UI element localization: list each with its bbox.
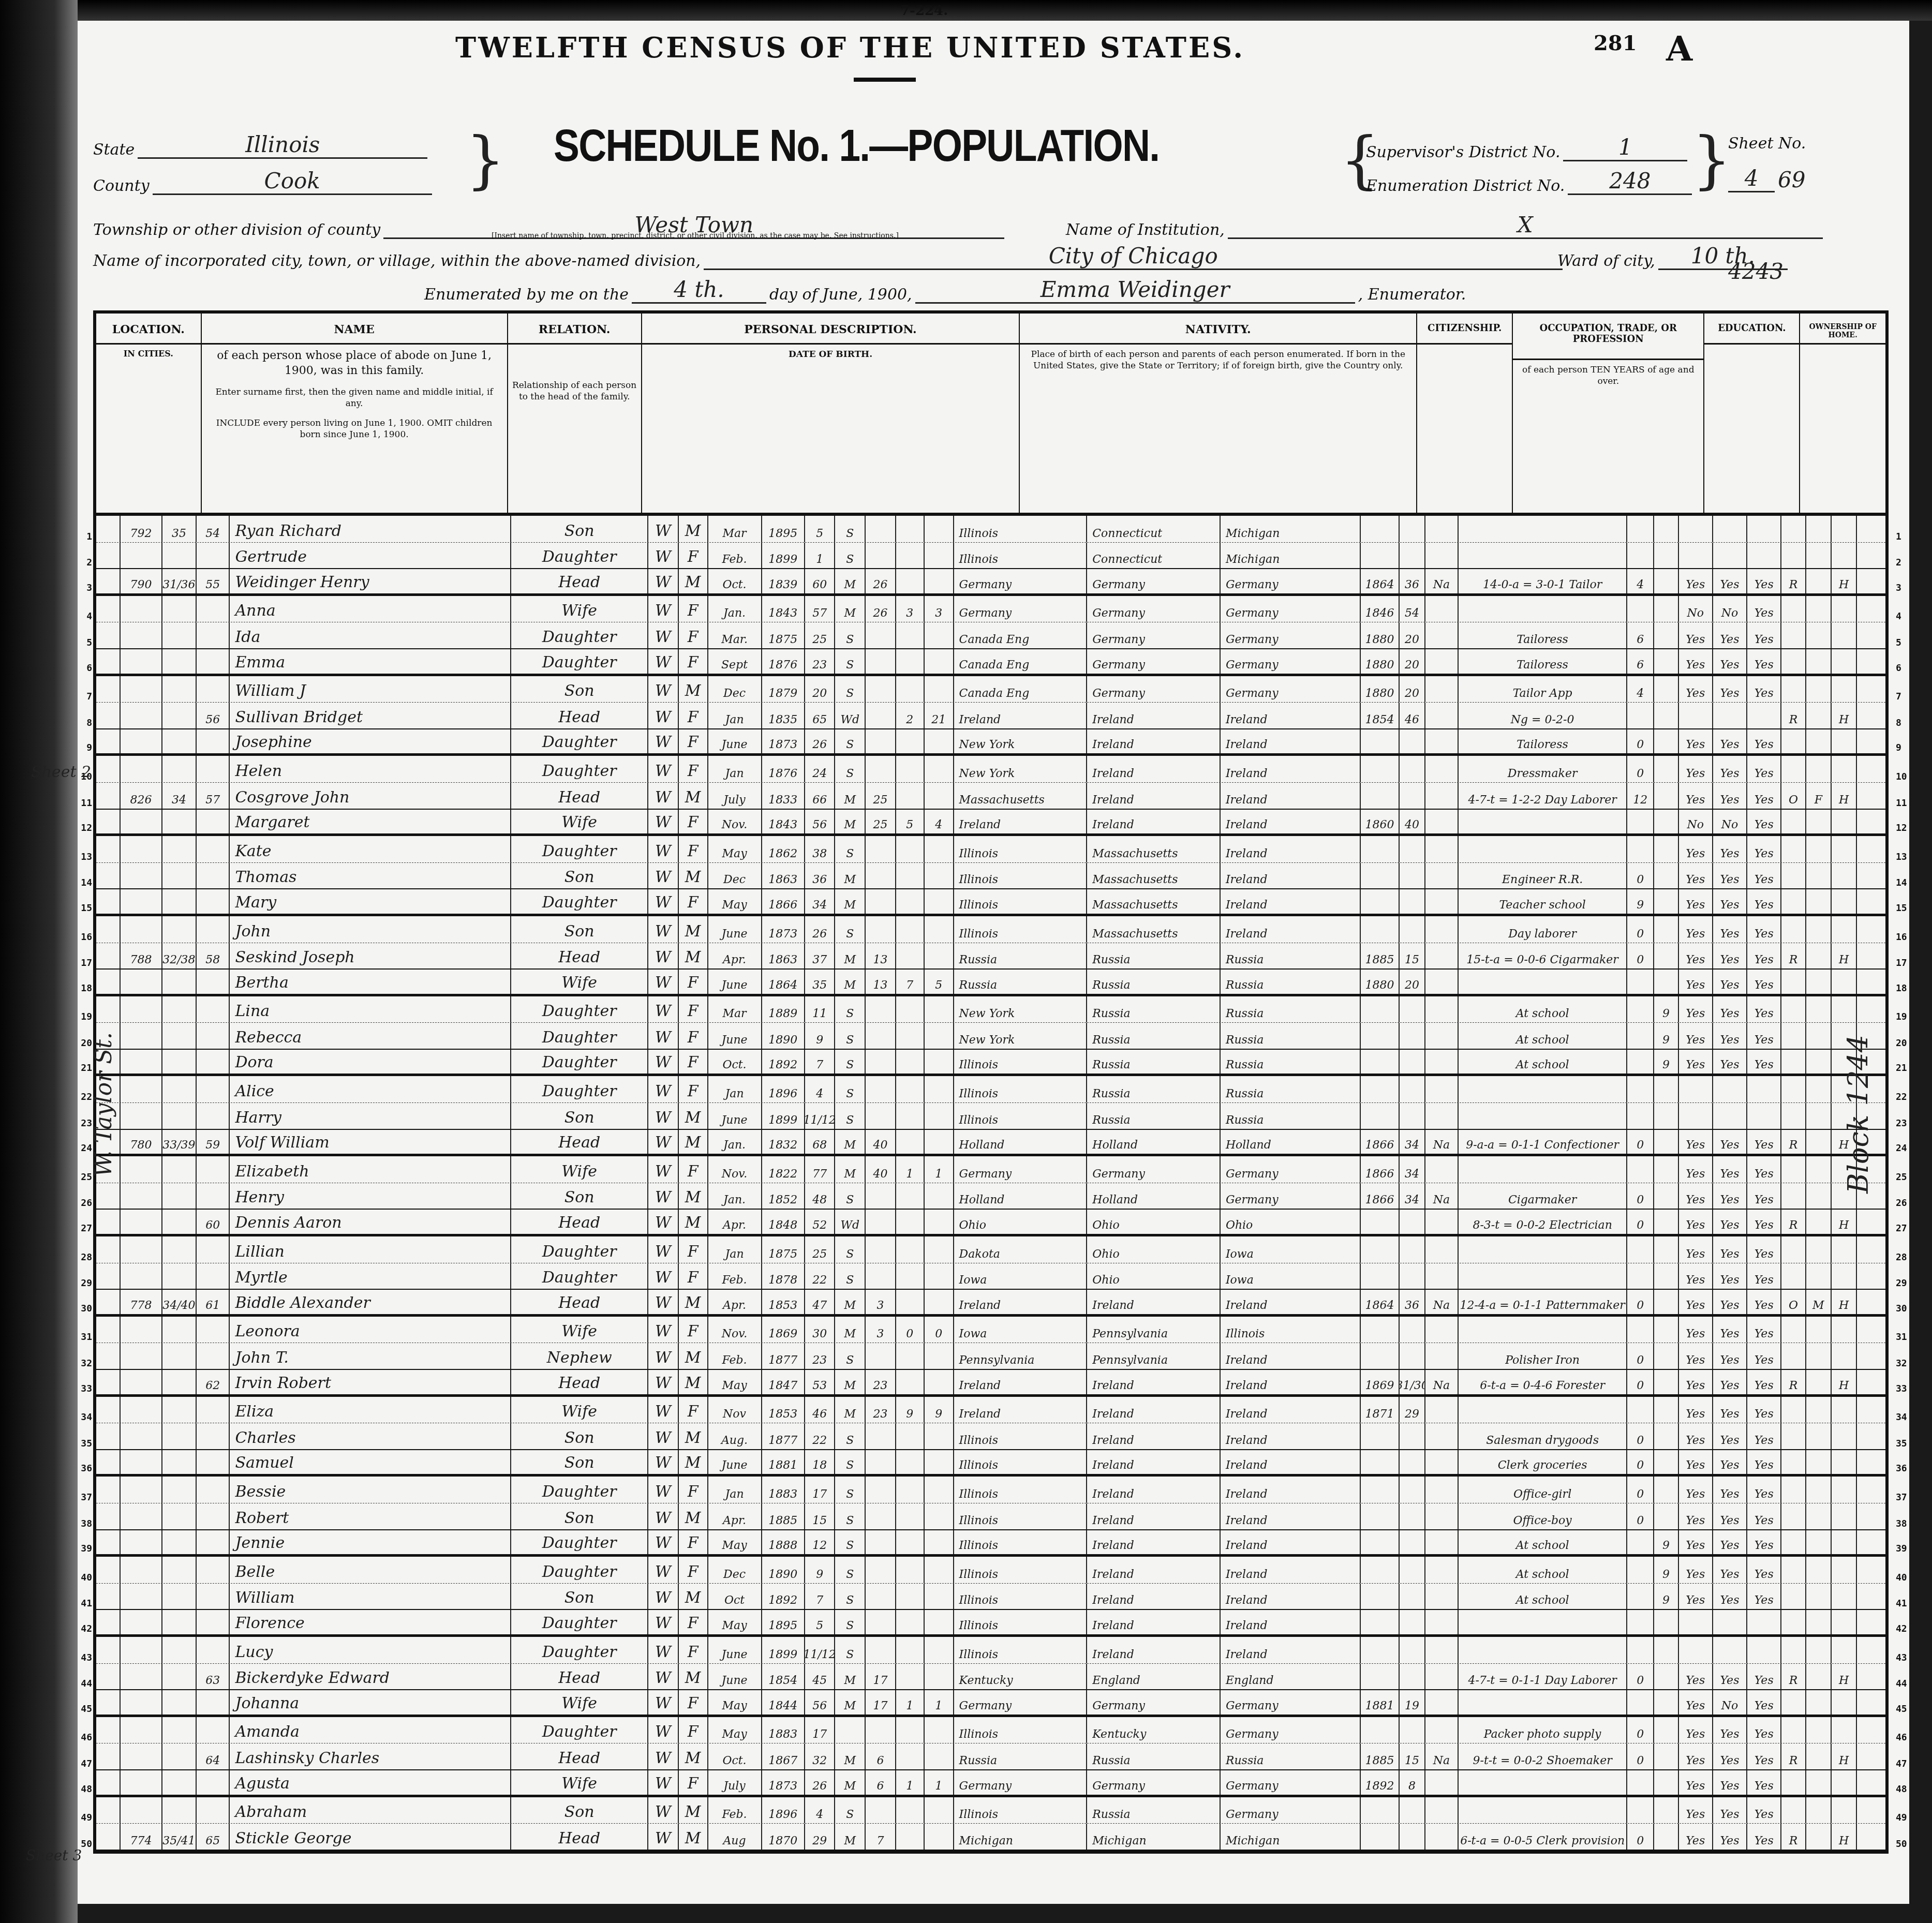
birthplace-person-cell: Russia <box>954 1743 1088 1769</box>
table-row: 3362Irvin RobertHeadWMMay184753M23Irelan… <box>96 1370 1885 1397</box>
school-months-cell <box>1654 1076 1678 1102</box>
birthplace-mother-cell: Germany <box>1221 596 1361 622</box>
years-married-cell <box>866 863 896 889</box>
family-number-cell <box>197 1503 230 1529</box>
street-cell <box>96 1637 121 1663</box>
sheet-no-value: 4 <box>1728 166 1775 192</box>
birthplace-mother-cell: Russia <box>1221 970 1361 994</box>
relation-cell: Daughter <box>511 1076 648 1102</box>
race-cell: W <box>648 836 679 862</box>
birth-month-cell: Feb. <box>708 1263 762 1289</box>
family-number-cell <box>197 1263 230 1289</box>
table-row: 16JohnSonWMJune187326SIllinoisMassachuse… <box>96 916 1885 943</box>
age-cell: 4 <box>805 1076 836 1102</box>
years-married-cell <box>866 1343 896 1369</box>
owned-free-mortgaged-cell <box>1806 676 1832 703</box>
enumerator-label: , Enumerator. <box>1358 286 1466 304</box>
marital-status-cell: S <box>835 622 866 648</box>
owned-free-mortgaged-cell <box>1806 1557 1832 1583</box>
years-married-cell <box>866 649 896 674</box>
years-married-cell <box>866 1263 896 1289</box>
school-months-cell <box>1654 1343 1678 1369</box>
birth-month-cell: Oct. <box>708 1050 762 1074</box>
street-cell <box>96 1610 121 1634</box>
marital-status-cell: S <box>835 836 866 862</box>
owned-rented-cell <box>1781 649 1806 674</box>
children-living-cell <box>925 1023 954 1049</box>
line-number-right: 15 <box>1896 903 1916 914</box>
family-number-cell <box>197 1477 230 1503</box>
naturalization-cell <box>1425 970 1459 994</box>
line-number-left: 9 <box>71 742 92 753</box>
school-months-cell <box>1654 676 1678 703</box>
table-row: 2GertrudeDaughterWFFeb.18991SIllinoisCon… <box>96 543 1885 570</box>
header-nativity-desc: Place of birth of each person and parent… <box>1020 345 1416 376</box>
relation-cell: Daughter <box>511 729 648 754</box>
line-number-left: 18 <box>71 983 92 994</box>
house-number-cell <box>121 889 162 914</box>
birthplace-mother-cell: Russia <box>1221 1103 1361 1129</box>
name-cell: Cosgrove John <box>230 783 511 809</box>
occupation-cell: At school <box>1459 1530 1627 1555</box>
farm-house-cell <box>1832 1770 1857 1795</box>
years-in-us-cell: 20 <box>1400 676 1425 703</box>
years-in-us-cell <box>1400 1423 1425 1449</box>
owned-free-mortgaged-cell <box>1806 1210 1832 1234</box>
house-number-cell <box>121 649 162 674</box>
family-number-cell: 54 <box>197 516 230 542</box>
birthplace-father-cell: Russia <box>1087 1743 1221 1769</box>
naturalization-cell <box>1425 836 1459 862</box>
months-unemployed-cell <box>1627 1023 1654 1049</box>
farm-house-cell <box>1832 1317 1857 1343</box>
school-months-cell <box>1654 703 1678 728</box>
can-write-cell: No <box>1713 810 1747 834</box>
line-number-right: 11 <box>1896 798 1916 809</box>
dwelling-number-cell <box>162 996 197 1023</box>
birth-year-cell: 1867 <box>762 1743 805 1769</box>
birthplace-mother-cell: Ireland <box>1221 810 1361 834</box>
children-living-cell <box>925 1557 954 1583</box>
years-married-cell <box>866 1717 896 1743</box>
years-in-us-cell: 29 <box>1400 1397 1425 1423</box>
months-unemployed-cell: 4 <box>1627 676 1654 703</box>
years-in-us-cell <box>1400 863 1425 889</box>
naturalization-cell <box>1425 1423 1459 1449</box>
marital-status-cell: S <box>835 1263 866 1289</box>
population-schedule-table: LOCATION. IN CITIES. NAME of each person… <box>93 310 1889 1854</box>
can-speak-english-cell: Yes <box>1747 729 1781 754</box>
can-write-cell: Yes <box>1713 1477 1747 1503</box>
can-write-cell: Yes <box>1713 1370 1747 1394</box>
can-write-cell <box>1713 1610 1747 1634</box>
sex-cell: M <box>679 783 708 809</box>
dwelling-number-cell <box>162 1317 197 1343</box>
can-write-cell: Yes <box>1713 1050 1747 1074</box>
children-living-cell <box>925 1130 954 1154</box>
school-months-cell <box>1654 1477 1678 1503</box>
marital-status-cell: M <box>835 1370 866 1394</box>
birth-month-cell: Oct. <box>708 569 762 593</box>
occupation-cell: At school <box>1459 1584 1627 1609</box>
line-number-left: 37 <box>71 1492 92 1503</box>
occupation-cell: 9-t-t = 0-0-2 Shoemaker <box>1459 1743 1627 1769</box>
owned-free-mortgaged-cell <box>1806 1103 1832 1129</box>
header-name-desc: of each person whose place of abode on J… <box>202 345 507 382</box>
birthplace-person-cell: Canada Eng <box>954 676 1088 703</box>
children-living-cell <box>925 1637 954 1663</box>
can-read-cell: Yes <box>1679 1210 1713 1234</box>
relation-cell: Head <box>511 1743 648 1769</box>
can-speak-english-cell: Yes <box>1747 1423 1781 1449</box>
dwelling-number-cell <box>162 916 197 943</box>
years-in-us-cell <box>1400 1797 1425 1824</box>
naturalization-cell <box>1425 1050 1459 1074</box>
table-row: 14ThomasSonWMDec186336MIllinoisMassachus… <box>96 863 1885 890</box>
years-in-us-cell: 36 <box>1400 569 1425 593</box>
school-months-cell <box>1654 783 1678 809</box>
marital-status-cell: Wd <box>835 1210 866 1234</box>
relation-cell: Son <box>511 1103 648 1129</box>
children-living-cell: 3 <box>925 596 954 622</box>
family-number-cell: 60 <box>197 1210 230 1234</box>
farm-schedule-cell <box>1857 1450 1885 1474</box>
owned-rented-cell: O <box>1781 783 1806 809</box>
street-cell <box>96 1530 121 1555</box>
months-unemployed-cell <box>1627 1236 1654 1263</box>
occupation-cell: At school <box>1459 1023 1627 1049</box>
occupation-cell <box>1459 1690 1627 1715</box>
line-number-left: 2 <box>71 557 92 568</box>
dwelling-number-cell <box>162 836 197 862</box>
years-married-cell: 26 <box>866 596 896 622</box>
years-married-cell <box>866 1183 896 1209</box>
owned-free-mortgaged-cell <box>1806 703 1832 728</box>
months-unemployed-cell: 0 <box>1627 1210 1654 1234</box>
immigration-year-cell <box>1361 1664 1400 1690</box>
line-number-right: 9 <box>1896 742 1916 753</box>
race-cell: W <box>648 1236 679 1263</box>
farm-schedule-cell <box>1857 756 1885 782</box>
marital-status-cell: M <box>835 1664 866 1690</box>
birth-year-cell: 1878 <box>762 1263 805 1289</box>
table-row: 3077834/4061Biddle AlexanderHeadWMApr.18… <box>96 1290 1885 1317</box>
birthplace-father-cell: Russia <box>1087 1050 1221 1074</box>
school-months-cell <box>1654 1210 1678 1234</box>
school-months-cell: 9 <box>1654 1557 1678 1583</box>
birthplace-mother-cell: Germany <box>1221 1770 1361 1795</box>
can-speak-english-cell <box>1747 1637 1781 1663</box>
relation-cell: Son <box>511 1423 648 1449</box>
occupation-cell: At school <box>1459 1050 1627 1074</box>
family-number-cell <box>197 1530 230 1555</box>
line-number-left: 17 <box>71 958 92 968</box>
years-in-us-cell: 36 <box>1400 1290 1425 1314</box>
race-cell: W <box>648 1717 679 1743</box>
dwelling-number-cell <box>162 1557 197 1583</box>
birth-year-cell: 1870 <box>762 1824 805 1850</box>
sex-cell: M <box>679 1370 708 1394</box>
table-row: 36SamuelSonWMJune188118SIllinoisIrelandI… <box>96 1450 1885 1477</box>
owned-rented-cell <box>1781 889 1806 914</box>
race-cell: W <box>648 596 679 622</box>
children-living-cell <box>925 1743 954 1769</box>
months-unemployed-cell <box>1627 516 1654 542</box>
dwelling-number-cell <box>162 1530 197 1555</box>
birth-month-cell: Feb. <box>708 543 762 569</box>
naturalization-cell <box>1425 756 1459 782</box>
line-number-right: 31 <box>1896 1332 1916 1343</box>
farm-schedule-cell <box>1857 1317 1885 1343</box>
age-cell: 25 <box>805 1236 836 1263</box>
years-in-us-cell <box>1400 1637 1425 1663</box>
family-number-cell <box>197 970 230 994</box>
mother-children-cell <box>896 1557 925 1583</box>
sex-cell: M <box>679 516 708 542</box>
age-cell: 26 <box>805 729 836 754</box>
margin-street-note: W. Taylor St. <box>91 1032 117 1177</box>
sex-cell: F <box>679 1637 708 1663</box>
birthplace-father-cell: Russia <box>1087 1023 1221 1049</box>
months-unemployed-cell: 0 <box>1627 943 1654 969</box>
mother-children-cell <box>896 649 925 674</box>
can-read-cell: Yes <box>1679 1023 1713 1049</box>
naturalization-cell <box>1425 1610 1459 1634</box>
years-married-cell <box>866 1610 896 1634</box>
marital-status-cell: S <box>835 1477 866 1503</box>
school-months-cell <box>1654 1824 1678 1850</box>
family-number-cell <box>197 622 230 648</box>
birthplace-mother-cell: Germany <box>1221 1690 1361 1715</box>
dwelling-number-cell <box>162 543 197 569</box>
age-cell: 68 <box>805 1130 836 1154</box>
birthplace-person-cell: Canada Eng <box>954 649 1088 674</box>
farm-house-cell <box>1832 596 1857 622</box>
can-read-cell: Yes <box>1679 1156 1713 1183</box>
line-number-right: 37 <box>1896 1492 1916 1503</box>
street-cell <box>96 943 121 969</box>
birth-year-cell: 1822 <box>762 1156 805 1183</box>
street-cell <box>96 1664 121 1690</box>
owned-rented-cell: R <box>1781 569 1806 593</box>
line-number-right: 12 <box>1896 823 1916 833</box>
months-unemployed-cell <box>1627 996 1654 1023</box>
birthplace-father-cell: Ireland <box>1087 1557 1221 1583</box>
can-speak-english-cell <box>1747 516 1781 542</box>
occupation-cell <box>1459 1610 1627 1634</box>
naturalization-cell <box>1425 1557 1459 1583</box>
name-cell: Charles <box>230 1423 511 1449</box>
house-number-cell <box>121 1103 162 1129</box>
birth-year-cell: 1835 <box>762 703 805 728</box>
sex-cell: M <box>679 916 708 943</box>
owned-rented-cell <box>1781 1770 1806 1795</box>
relation-cell: Daughter <box>511 1637 648 1663</box>
owned-free-mortgaged-cell <box>1806 649 1832 674</box>
house-number-cell <box>121 703 162 728</box>
sex-cell: F <box>679 1050 708 1074</box>
street-cell <box>96 889 121 914</box>
birth-month-cell: May <box>708 1717 762 1743</box>
line-number-left: 25 <box>71 1172 92 1183</box>
months-unemployed-cell: 0 <box>1627 1370 1654 1394</box>
line-number-left: 49 <box>71 1812 92 1823</box>
occupation-cell: Day laborer <box>1459 916 1627 943</box>
can-speak-english-cell <box>1747 1103 1781 1129</box>
owned-rented-cell <box>1781 1183 1806 1209</box>
supervisor-district-value: 1 <box>1563 135 1687 161</box>
name-cell: Kate <box>230 836 511 862</box>
line-number-right: 23 <box>1896 1118 1916 1129</box>
sex-cell: F <box>679 1530 708 1555</box>
can-speak-english-cell: Yes <box>1747 970 1781 994</box>
immigration-year-cell <box>1361 1103 1400 1129</box>
years-married-cell: 3 <box>866 1317 896 1343</box>
dwelling-number-cell <box>162 703 197 728</box>
race-cell: W <box>648 1103 679 1129</box>
enumerator-name: Emma Weidinger <box>915 277 1355 304</box>
months-unemployed-cell: 0 <box>1627 1450 1654 1474</box>
dwelling-number-cell <box>162 596 197 622</box>
naturalization-cell <box>1425 1824 1459 1850</box>
immigration-year-cell <box>1361 516 1400 542</box>
school-months-cell <box>1654 1717 1678 1743</box>
dwelling-number-cell: 31/36 <box>162 569 197 593</box>
house-number-cell <box>121 596 162 622</box>
naturalization-cell <box>1425 1690 1459 1715</box>
line-number-right: 34 <box>1896 1412 1916 1423</box>
mother-children-cell <box>896 622 925 648</box>
birth-year-cell: 1847 <box>762 1370 805 1394</box>
supervisor-district-field: Supervisor's District No. 1 <box>1366 135 1687 161</box>
can-write-cell: Yes <box>1713 1530 1747 1555</box>
dwelling-number-cell <box>162 1263 197 1289</box>
can-speak-english-cell: Yes <box>1747 863 1781 889</box>
years-married-cell: 7 <box>866 1824 896 1850</box>
birthplace-mother-cell: Ireland <box>1221 1503 1361 1529</box>
years-in-us-cell: 20 <box>1400 649 1425 674</box>
table-row: 15MaryDaughterWFMay186634MIllinoisMassac… <box>96 889 1885 916</box>
years-married-cell <box>866 1637 896 1663</box>
race-cell: W <box>648 1156 679 1183</box>
family-number-cell: 61 <box>197 1290 230 1314</box>
can-write-cell <box>1713 1103 1747 1129</box>
birth-year-cell: 1895 <box>762 1610 805 1634</box>
line-number-left: 41 <box>71 1598 92 1609</box>
age-cell: 22 <box>805 1263 836 1289</box>
years-in-us-cell: 15 <box>1400 1743 1425 1769</box>
line-number-right: 28 <box>1896 1252 1916 1263</box>
mother-children-cell <box>896 729 925 754</box>
birth-year-cell: 1852 <box>762 1183 805 1209</box>
relation-cell: Daughter <box>511 649 648 674</box>
years-married-cell: 40 <box>866 1130 896 1154</box>
immigration-year-cell: 1866 <box>1361 1130 1400 1154</box>
owned-free-mortgaged-cell <box>1806 1076 1832 1102</box>
naturalization-cell <box>1425 1156 1459 1183</box>
owned-free-mortgaged-cell <box>1806 622 1832 648</box>
relation-cell: Head <box>511 943 648 969</box>
school-months-cell <box>1654 649 1678 674</box>
farm-schedule-cell <box>1857 1797 1885 1824</box>
age-cell: 35 <box>805 970 836 994</box>
months-unemployed-cell <box>1627 1557 1654 1583</box>
occupation-cell: 8-3-t = 0-0-2 Electrician <box>1459 1210 1627 1234</box>
relation-cell: Daughter <box>511 1477 648 1503</box>
birthplace-father-cell: Ireland <box>1087 783 1221 809</box>
header-name-include: INCLUDE every person living on June 1, 1… <box>202 413 507 444</box>
years-in-us-cell <box>1400 889 1425 914</box>
race-cell: W <box>648 676 679 703</box>
mother-children-cell <box>896 916 925 943</box>
can-write-cell: Yes <box>1713 1824 1747 1850</box>
years-in-us-cell <box>1400 516 1425 542</box>
can-read-cell: Yes <box>1679 1450 1713 1474</box>
immigration-year-cell: 1885 <box>1361 943 1400 969</box>
years-in-us-cell <box>1400 756 1425 782</box>
marital-status-cell: S <box>835 1450 866 1474</box>
children-living-cell <box>925 1717 954 1743</box>
naturalization-cell <box>1425 1637 1459 1663</box>
dwelling-number-cell: 33/39 <box>162 1130 197 1154</box>
dwelling-number-cell <box>162 1743 197 1769</box>
sex-cell: F <box>679 596 708 622</box>
age-cell: 11/12 <box>805 1637 836 1663</box>
line-number-right: 16 <box>1896 932 1916 943</box>
birthplace-person-cell: Illinois <box>954 836 1088 862</box>
farm-schedule-cell <box>1857 783 1885 809</box>
school-months-cell <box>1654 836 1678 862</box>
birthplace-father-cell: Russia <box>1087 943 1221 969</box>
birthplace-father-cell: Connecticut <box>1087 516 1221 542</box>
years-in-us-cell <box>1400 1236 1425 1263</box>
farm-house-cell: H <box>1832 1664 1857 1690</box>
can-speak-english-cell: Yes <box>1747 1263 1781 1289</box>
birth-year-cell: 1833 <box>762 783 805 809</box>
children-living-cell <box>925 622 954 648</box>
years-married-cell: 13 <box>866 970 896 994</box>
birth-month-cell: Dec <box>708 863 762 889</box>
birthplace-father-cell: Holland <box>1087 1183 1221 1209</box>
family-number-cell <box>197 649 230 674</box>
can-write-cell: Yes <box>1713 1156 1747 1183</box>
age-cell: 5 <box>805 1610 836 1634</box>
years-in-us-cell <box>1400 1824 1425 1850</box>
immigration-year-cell <box>1361 863 1400 889</box>
family-number-cell <box>197 1717 230 1743</box>
street-cell <box>96 916 121 943</box>
sex-cell: M <box>679 1183 708 1209</box>
street-cell <box>96 729 121 754</box>
line-number-left: 29 <box>71 1278 92 1289</box>
immigration-year-cell <box>1361 996 1400 1023</box>
months-unemployed-cell: 0 <box>1627 1343 1654 1369</box>
owned-free-mortgaged-cell <box>1806 1156 1832 1183</box>
dwelling-number-cell <box>162 1236 197 1263</box>
years-in-us-cell <box>1400 1557 1425 1583</box>
house-number-cell <box>121 1423 162 1449</box>
immigration-year-cell <box>1361 1477 1400 1503</box>
table-row: 42FlorenceDaughterWFMay18955SIllinoisIre… <box>96 1610 1885 1637</box>
farm-house-cell <box>1832 676 1857 703</box>
page-number: 281 <box>1594 31 1637 55</box>
occupation-cell <box>1459 1076 1627 1102</box>
age-cell: 53 <box>805 1370 836 1394</box>
marital-status-cell: M <box>835 1743 866 1769</box>
sheet-label-field: Sheet No. <box>1728 135 1806 153</box>
birth-month-cell: Aug <box>708 1824 762 1850</box>
can-write-cell: Yes <box>1713 1584 1747 1609</box>
